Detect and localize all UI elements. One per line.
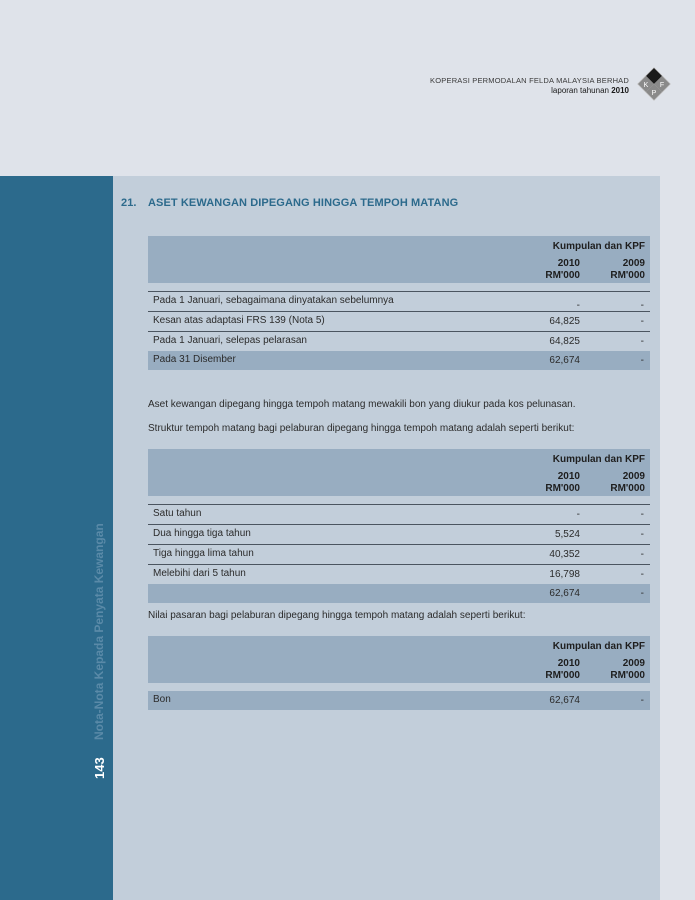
kpf-logo-icon: K F P	[636, 66, 672, 102]
table-row: Kesan atas adaptasi FRS 139 (Nota 5) 64,…	[148, 311, 650, 331]
svg-text:P: P	[652, 90, 657, 97]
table-row-total: 62,674 -	[148, 584, 650, 603]
section-title: 21.ASET KEWANGAN DIPEGANG HINGGA TEMPOH …	[121, 197, 458, 209]
table-row: Melebihi dari 5 tahun 16,798 -	[148, 564, 650, 584]
table-header: Kumpulan dan KPF 2010RM'000 2009RM'000	[148, 236, 650, 283]
sidebar-section-label: Nota-Nota Kepada Penyata Kewangan	[92, 523, 106, 740]
column-2009: 2009RM'000	[610, 658, 645, 682]
paragraph-1: Aset kewangan dipegang hingga tempoh mat…	[148, 399, 576, 410]
table-maturity: Kumpulan dan KPF 2010RM'000 2009RM'000 S…	[148, 449, 650, 603]
right-margin	[660, 176, 695, 900]
table-row: Bon 62,674 -	[148, 691, 650, 710]
page-number: 143	[92, 757, 107, 779]
svg-text:K: K	[644, 82, 649, 89]
paragraph-3: Nilai pasaran bagi pelaburan dipegang hi…	[148, 610, 526, 621]
section-title-text: ASET KEWANGAN DIPEGANG HINGGA TEMPOH MAT…	[148, 197, 458, 209]
page-header: KOPERASI PERMODALAN FELDA MALAYSIA BERHA…	[0, 0, 695, 176]
report-title: laporan tahunan 2010	[551, 86, 629, 95]
table-header: Kumpulan dan KPF 2010RM'000 2009RM'000	[148, 449, 650, 496]
group-header: Kumpulan dan KPF	[553, 241, 645, 252]
column-2010: 2010RM'000	[545, 258, 580, 282]
paragraph-2: Struktur tempoh matang bagi pelaburan di…	[148, 423, 574, 434]
table-row: Tiga hingga lima tahun 40,352 -	[148, 544, 650, 564]
table-market-value: Kumpulan dan KPF 2010RM'000 2009RM'000 B…	[148, 636, 650, 710]
table-row: Pada 1 Januari, selepas pelarasan 64,825…	[148, 331, 650, 351]
organization-name: KOPERASI PERMODALAN FELDA MALAYSIA BERHA…	[430, 76, 629, 85]
section-number: 21.	[121, 197, 148, 209]
table-row: Satu tahun - -	[148, 504, 650, 524]
group-header: Kumpulan dan KPF	[553, 454, 645, 465]
table-row-total: Pada 31 Disember 62,674 -	[148, 351, 650, 370]
table-row: Dua hingga tiga tahun 5,524 -	[148, 524, 650, 544]
column-2009: 2009RM'000	[610, 471, 645, 495]
table-movement: Kumpulan dan KPF 2010RM'000 2009RM'000 P…	[148, 236, 650, 370]
report-year: 2010	[611, 86, 629, 95]
column-2010: 2010RM'000	[545, 471, 580, 495]
table-row: Pada 1 Januari, sebagaimana dinyatakan s…	[148, 291, 650, 311]
table-header: Kumpulan dan KPF 2010RM'000 2009RM'000	[148, 636, 650, 683]
svg-text:F: F	[660, 82, 664, 89]
column-2010: 2010RM'000	[545, 658, 580, 682]
report-title-text: laporan tahunan	[551, 86, 609, 95]
column-2009: 2009RM'000	[610, 258, 645, 282]
group-header: Kumpulan dan KPF	[553, 641, 645, 652]
